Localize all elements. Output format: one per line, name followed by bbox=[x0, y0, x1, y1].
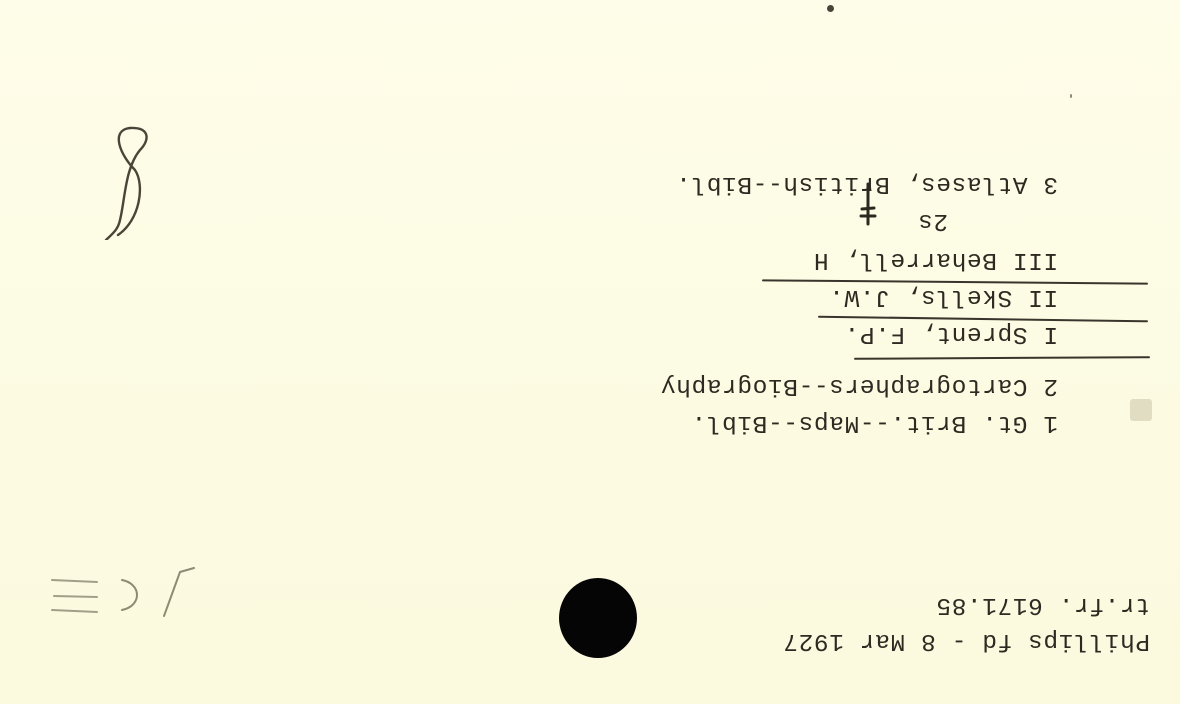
handwritten-lce-mark bbox=[42, 564, 202, 624]
punch-hole bbox=[559, 578, 637, 658]
handwritten-overwrite-mark bbox=[1130, 399, 1152, 421]
tracing-marker: 3 bbox=[1043, 171, 1058, 198]
handwritten-8-mark bbox=[100, 120, 170, 240]
ink-speck bbox=[1070, 94, 1072, 98]
tracing-text: Atlases, British--Bibl. bbox=[676, 171, 1028, 198]
tracing-3: 3 Atlases, British--Bibl. bbox=[676, 147, 1150, 221]
tracing-marker: 2 bbox=[1043, 373, 1058, 400]
tracing-text: Cartographers--Biography bbox=[660, 373, 1027, 400]
ink-speck bbox=[827, 5, 834, 12]
handwritten-correction-mark bbox=[858, 182, 878, 226]
source-line: Phillips fd - 8 Mar 1927 bbox=[783, 628, 1150, 653]
card-content-rotated: Phillips fd - 8 Mar 1927 tr.fr. 6171.85 … bbox=[0, 0, 1180, 704]
catalog-card: Phillips fd - 8 Mar 1927 tr.fr. 6171.85 … bbox=[0, 0, 1180, 704]
call-number-line: tr.fr. 6171.85 bbox=[936, 592, 1150, 617]
